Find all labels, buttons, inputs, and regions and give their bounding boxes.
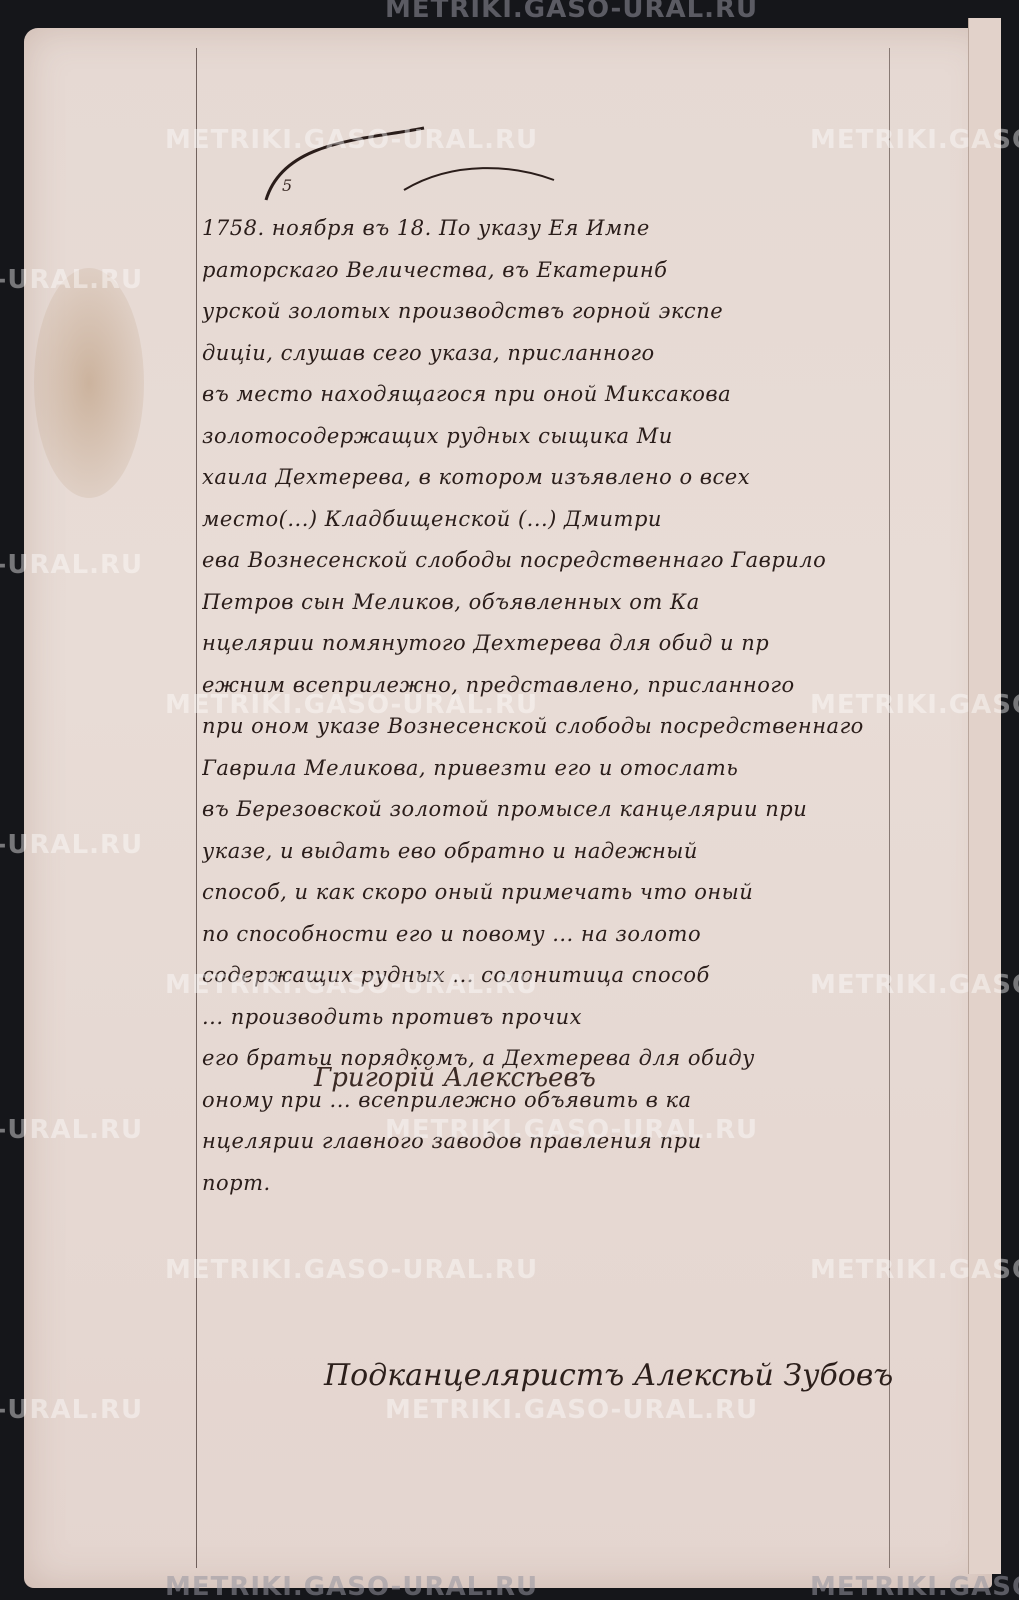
watermark: METRIKI.GASO-URAL.RU xyxy=(0,1115,143,1145)
page-marker: 5 xyxy=(282,176,292,195)
text-line: Гаврила Меликова, привезти его и отослат… xyxy=(202,748,932,790)
watermark: METRIKI.GASO-URAL.RU xyxy=(810,1572,1019,1600)
watermark: METRIKI.GASO-URAL.RU xyxy=(165,1255,538,1285)
adjacent-page-edge xyxy=(968,18,1001,1574)
manuscript-page: 5 1758. ноября въ 18. По указу Ея Импе р… xyxy=(24,28,992,1588)
bottom-signature: Подканцеляристъ Алексѣй Зубовъ xyxy=(324,1358,893,1393)
text-line: ... производить противъ прочих xyxy=(202,997,932,1039)
text-line: по способности его и повому ... на золот… xyxy=(202,914,932,956)
text-line: диціи, слушав сего указа, присланного xyxy=(202,333,932,375)
watermark: METRIKI.GASO-URAL.RU xyxy=(165,690,538,720)
watermark: METRIKI.GASO-URAL.RU xyxy=(385,0,758,24)
watermark: METRIKI.GASO-URAL.RU xyxy=(0,830,143,860)
text-line: хаила Дехтерева, в котором изъявлено о в… xyxy=(202,457,932,499)
text-line: урской золотых производствъ горной экспе xyxy=(202,291,932,333)
watermark: METRIKI.GASO-URAL.RU xyxy=(165,125,538,155)
watermark: METRIKI.GASO-URAL.RU xyxy=(810,125,1019,155)
text-line: указе, и выдать ево обратно и надежный xyxy=(202,831,932,873)
text-line: ева Вознесенской слободы посредственнаго… xyxy=(202,540,932,582)
watermark: METRIKI.GASO-URAL.RU xyxy=(385,1115,758,1145)
text-line: способ, и как скоро оный примечать что о… xyxy=(202,872,932,914)
text-line: место(...) Кладбищенской (...) Дмитри xyxy=(202,499,932,541)
inline-signature: Григорій Алексѣевъ xyxy=(314,1063,596,1093)
watermark: METRIKI.GASO-URAL.RU xyxy=(165,1572,538,1600)
text-line: раторскаго Величества, въ Екатеринб xyxy=(202,250,932,292)
text-line: золотосодержащих рудных сыщика Ми xyxy=(202,416,932,458)
watermark: METRIKI.GASO-URAL.RU xyxy=(810,1255,1019,1285)
watermark: METRIKI.GASO-URAL.RU xyxy=(810,970,1019,1000)
text-line: 1758. ноября въ 18. По указу Ея Импе xyxy=(202,208,932,250)
watermark: METRIKI.GASO-URAL.RU xyxy=(385,1395,758,1425)
text-line: нцелярии помянутого Дехтерева для обид и… xyxy=(202,623,932,665)
watermark: METRIKI.GASO-URAL.RU xyxy=(0,265,143,295)
water-stain xyxy=(34,268,144,498)
watermark: METRIKI.GASO-URAL.RU xyxy=(810,690,1019,720)
text-line: Петров сын Меликов, объявленных от Ка xyxy=(202,582,932,624)
text-line: въ место находящагося при оной Миксакова xyxy=(202,374,932,416)
text-line: порт. xyxy=(202,1163,932,1205)
watermark: METRIKI.GASO-URAL.RU xyxy=(0,550,143,580)
text-line: въ Березовской золотой промысел канцеляр… xyxy=(202,789,932,831)
watermark: METRIKI.GASO-URAL.RU xyxy=(0,1395,143,1425)
left-margin-line xyxy=(196,48,197,1568)
watermark: METRIKI.GASO-URAL.RU xyxy=(165,970,538,1000)
